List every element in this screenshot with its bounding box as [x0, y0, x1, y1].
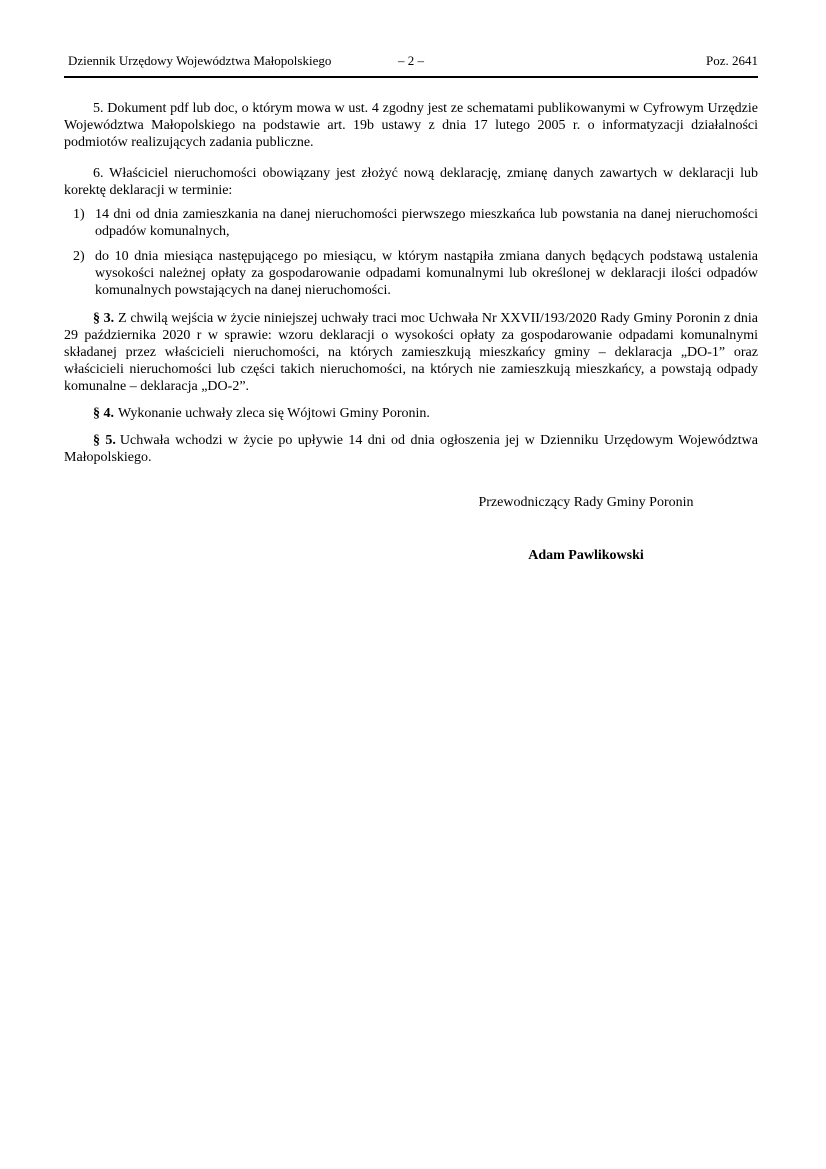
section-4-marker: § 4. [93, 406, 114, 421]
signatory-name: Adam Pawlikowski [426, 547, 746, 564]
list-marker-2: 2) [73, 248, 85, 265]
signatory-title: Przewodniczący Rady Gminy Poronin [426, 494, 746, 511]
list-text-2: do 10 dnia miesiąca następującego po mie… [95, 249, 758, 298]
header-rule [64, 76, 758, 78]
page-number: – 2 – [398, 53, 424, 68]
section-3-text: Z chwilą wejścia w życie niniejszej uchw… [64, 311, 758, 394]
paragraph-6: 6. Właściciel nieruchomości obowiązany j… [64, 165, 758, 199]
paragraph-section-3: § 3.Z chwilą wejścia w życie niniejszej … [64, 310, 758, 395]
section-5-marker: § 5. [93, 433, 116, 448]
list-item-2: 2) do 10 dnia miesiąca następującego po … [64, 248, 758, 299]
section-4-text: Wykonanie uchwały zleca się Wójtowi Gmin… [118, 406, 430, 421]
list-marker-1: 1) [73, 206, 85, 223]
section-3-marker: § 3. [93, 311, 114, 326]
paragraph-section-5: § 5.Uchwała wchodzi w życie po upływie 1… [64, 432, 758, 466]
list-item-1: 1) 14 dni od dnia zamieszkania na danej … [64, 206, 758, 240]
page-header: Dziennik Urzędowy Województwa Małopolski… [64, 53, 758, 70]
journal-title: Dziennik Urzędowy Województwa Małopolski… [68, 53, 331, 68]
list-text-1: 14 dni od dnia zamieszkania na danej nie… [95, 207, 758, 239]
position-number: Poz. 2641 [706, 53, 758, 68]
document-page: Dziennik Urzędowy Województwa Małopolski… [0, 0, 826, 1169]
paragraph-5: 5. Dokument pdf lub doc, o którym mowa w… [64, 100, 758, 151]
page-content: Dziennik Urzędowy Województwa Małopolski… [64, 0, 758, 564]
paragraph-section-4: § 4.Wykonanie uchwały zleca się Wójtowi … [64, 405, 758, 422]
signature-block: Przewodniczący Rady Gminy Poronin Adam P… [426, 494, 746, 564]
section-5-text: Uchwała wchodzi w życie po upływie 14 dn… [64, 433, 758, 465]
